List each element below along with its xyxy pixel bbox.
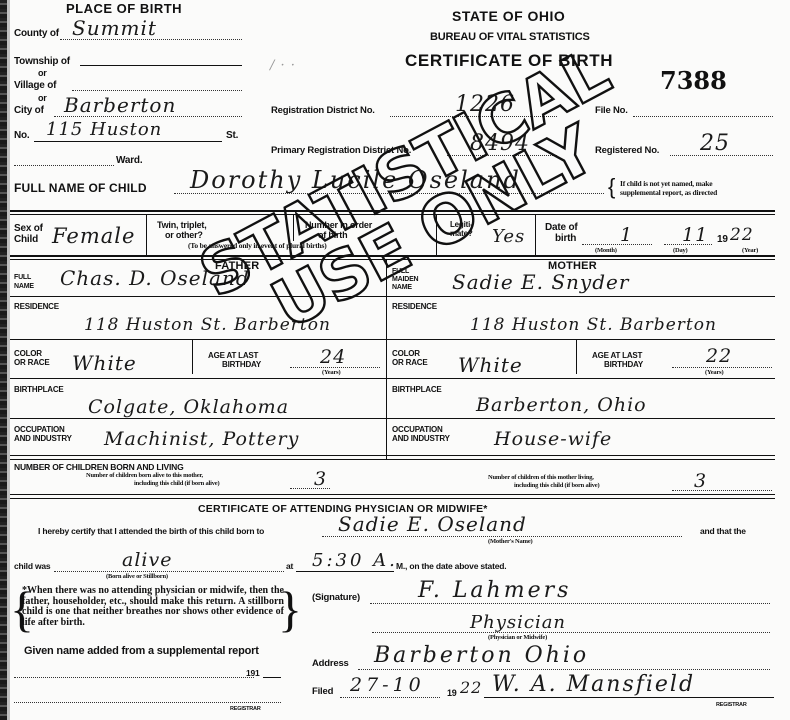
- children-living-label-1: Number of children of this mother living…: [488, 474, 594, 481]
- registrar-line: [484, 697, 774, 698]
- children-born-value: 3: [314, 468, 327, 490]
- address-line: [358, 669, 770, 670]
- county-label: County of: [14, 28, 59, 39]
- divider-4: [10, 339, 775, 340]
- father-occupation-label-1: OCCUPATION: [14, 425, 65, 434]
- father-name-label-1: FULL: [14, 274, 31, 281]
- sex-value: Female: [52, 224, 135, 248]
- name-note-line-2: supplemental report, as directed: [620, 188, 717, 197]
- divider-8: [10, 494, 775, 495]
- parents-divider: [386, 260, 387, 460]
- address-label: Address: [312, 658, 349, 669]
- registrar-caption: REGISTRAR: [716, 702, 747, 708]
- plural-note: (To be answered only in event of plural …: [188, 241, 327, 250]
- mother-race-divider: [576, 339, 577, 374]
- certificate-title: CERTIFICATE OF BIRTH: [405, 51, 613, 71]
- father-age-value: 24: [320, 346, 346, 368]
- mother-birthplace-value: Barberton, Ohio: [476, 394, 647, 416]
- twin-label-2: or other?: [165, 230, 203, 240]
- legit-divider: [535, 215, 536, 255]
- mother-name-label-1: FULL: [392, 268, 409, 275]
- mother-race-label-2: OR RACE: [392, 358, 428, 367]
- mother-race-value: White: [458, 353, 523, 377]
- day-caption: (Day): [673, 247, 688, 254]
- mother-age-label-1: AGE AT LAST: [592, 351, 642, 360]
- file-number-line: [633, 116, 773, 117]
- father-birthplace-label: BIRTHPLACE: [14, 385, 64, 394]
- at-label: at: [286, 561, 293, 571]
- mother-name-label-3: NAME: [392, 284, 412, 291]
- mother-name-caption: (Mother's Name): [488, 538, 532, 545]
- attendant-title: Physician: [470, 612, 566, 633]
- father-name-label-2: NAME: [14, 283, 34, 290]
- mother-years-caption: (Years): [705, 369, 723, 376]
- divider-3: [10, 296, 775, 297]
- year-caption: (Year): [742, 247, 758, 254]
- filed-date-line: [340, 697, 440, 698]
- father-residence-value: 118 Huston St. Barberton: [84, 315, 331, 335]
- divider-6: [10, 418, 775, 419]
- father-occupation-label-2: AND INDUSTRY: [14, 434, 72, 443]
- mother-name-line: [322, 536, 682, 537]
- order-label-2: of birth: [318, 230, 347, 240]
- attendant-title-line: [372, 632, 770, 633]
- township-label: Township of: [14, 56, 70, 67]
- order-divider: [436, 215, 437, 255]
- attendant-address: Barberton Ohio: [374, 643, 589, 668]
- mother-occupation-value: House-wife: [494, 428, 612, 450]
- bureau-title: BUREAU OF VITAL STATISTICS: [430, 31, 590, 43]
- scan-edge: [0, 0, 7, 720]
- time-line: [296, 571, 394, 572]
- birth-time: 5:30 A.: [312, 550, 398, 571]
- children-living-value: 3: [694, 470, 707, 492]
- divider-8b: [10, 498, 775, 499]
- village-line: [72, 90, 242, 91]
- city-value: Barberton: [64, 93, 176, 117]
- sex-label-2: Child: [14, 234, 38, 245]
- dob-label-2: birth: [555, 233, 576, 244]
- supplemental-line: [14, 677, 254, 678]
- registered-number-value: 25: [700, 131, 730, 156]
- child-name-label: FULL NAME OF CHILD: [14, 181, 147, 195]
- street-line: [34, 141, 222, 142]
- children-living-line: [672, 490, 772, 491]
- mother-birthplace-label: BIRTHPLACE: [392, 385, 442, 394]
- dob-month-line: [582, 244, 652, 245]
- village-label: Village of: [14, 80, 56, 91]
- street-value: 115 Huston: [46, 119, 162, 140]
- attendant-mother-name: Sadie E. Oseland: [338, 512, 527, 536]
- supplemental-year-line: [263, 677, 281, 678]
- father-birthplace-value: Colgate, Oklahoma: [88, 396, 289, 418]
- father-race-label-2: OR RACE: [14, 358, 50, 367]
- alive-caption: (Born alive or Stillborn): [106, 573, 168, 580]
- divider-2: [10, 255, 775, 257]
- registrar-signature: W. A. Mansfield: [492, 672, 695, 697]
- mother-age-label-2: BIRTHDAY: [604, 360, 643, 369]
- dob-month: 1: [620, 224, 633, 246]
- birth-certificate-page: PLACE OF BIRTH County of Summit Township…: [0, 0, 790, 720]
- registered-number-label: Registered No.: [595, 145, 659, 156]
- children-born-label-1: Number of children born alive to this mo…: [86, 472, 203, 479]
- divider-7: [10, 455, 775, 456]
- signature-label: (Signature): [312, 592, 360, 603]
- township-line: [80, 65, 242, 66]
- certify-text: I hereby certify that I attended the bir…: [38, 526, 264, 536]
- father-occupation-value: Machinist, Pottery: [104, 428, 299, 450]
- filed-label: Filed: [312, 686, 333, 697]
- or-label-2: or: [38, 93, 47, 103]
- father-years-caption: (Years): [322, 369, 340, 376]
- ward-line: [14, 165, 114, 166]
- street-suffix-label: St.: [226, 130, 238, 141]
- or-label-1: or: [38, 68, 47, 78]
- legit-value: Yes: [492, 226, 525, 247]
- father-name-value: Chas. D. Oseland: [60, 266, 250, 290]
- supplemental-label: Given name added from a supplemental rep…: [24, 645, 259, 657]
- order-label-1: Number in order: [305, 220, 372, 230]
- place-of-birth-heading: PLACE OF BIRTH: [66, 1, 182, 16]
- child-was-value: alive: [122, 549, 172, 571]
- filed-year-prefix: 19: [447, 688, 457, 698]
- sex-label-1: Sex of: [14, 223, 43, 234]
- divider-5: [10, 378, 775, 379]
- dob-year: 22: [730, 225, 754, 245]
- mother-age-value: 22: [706, 345, 732, 367]
- certificate-number: 7388: [660, 66, 727, 95]
- dob-year-prefix: 19: [717, 234, 728, 245]
- mother-occupation-label-2: AND INDUSTRY: [392, 434, 450, 443]
- children-heading: NUMBER OF CHILDREN BORN AND LIVING: [14, 462, 184, 472]
- mother-name-value: Sadie E. Snyder: [452, 270, 629, 294]
- divider-2b: [10, 259, 775, 260]
- child-was-label: child was: [14, 561, 50, 571]
- month-caption: (Month): [595, 247, 617, 254]
- legit-label-2: mate?: [450, 229, 473, 238]
- twin-label-1: Twin, triplet,: [157, 220, 207, 230]
- registration-district-label: Registration District No.: [271, 105, 375, 116]
- street-number-label: No.: [14, 130, 30, 141]
- father-race-label-1: COLOR: [14, 349, 42, 358]
- name-note-line-1: If child is not yet named, make: [620, 179, 712, 188]
- divider-1b: [10, 214, 775, 215]
- state-title: STATE OF OHIO: [452, 8, 565, 24]
- time-suffix: M., on the date above stated.: [396, 561, 506, 571]
- sex-divider: [146, 215, 147, 255]
- ward-label: Ward.: [116, 155, 142, 166]
- father-race-value: White: [72, 351, 137, 375]
- and-that-text: and that the: [700, 526, 746, 536]
- file-number-label: File No.: [595, 105, 628, 116]
- children-born-label-2: including this child (if born alive): [134, 480, 219, 487]
- father-age-label-1: AGE AT LAST: [208, 351, 258, 360]
- divider-7b: [10, 459, 775, 460]
- legit-label-1: Legiti-: [450, 220, 473, 229]
- child-name-value: Dorothy Lucile Oseland: [190, 166, 521, 194]
- father-age-label-2: BIRTHDAY: [222, 360, 261, 369]
- name-note-bracket: {: [608, 176, 615, 198]
- county-value: Summit: [72, 16, 157, 40]
- attendant-footnote: *When there was no attending physician o…: [12, 586, 294, 628]
- child-was-line: [54, 571, 284, 572]
- primary-district-value: 8494: [470, 131, 530, 156]
- divider-1: [10, 210, 775, 212]
- stray-mark: / · ·: [270, 58, 296, 73]
- children-living-label-2: including this child (if born alive): [514, 482, 599, 489]
- mother-residence-value: 118 Huston St. Barberton: [470, 315, 717, 335]
- attendant-title-caption: (Physician or Midwife): [488, 634, 547, 641]
- mother-race-label-1: COLOR: [392, 349, 420, 358]
- signature-line: [370, 603, 770, 604]
- filed-date: 27-10: [350, 674, 425, 696]
- dob-label-1: Date of: [545, 222, 578, 233]
- mother-name-label-2: MAIDEN: [392, 276, 418, 283]
- mother-occupation-label-1: OCCUPATION: [392, 425, 443, 434]
- father-residence-label: RESIDENCE: [14, 302, 59, 311]
- father-race-divider: [192, 339, 193, 374]
- primary-district-label: Primary Registration District No.: [271, 145, 411, 156]
- supplemental-registrar-line: [14, 702, 281, 703]
- dob-day: 11: [682, 224, 708, 246]
- filed-year: 22: [460, 678, 482, 697]
- mother-age-line: [672, 367, 772, 368]
- twin-divider: [293, 215, 294, 241]
- supplemental-registrar-caption: REGISTRAR: [230, 706, 261, 712]
- attendant-signature: F. Lahmers: [418, 578, 571, 603]
- mother-residence-label: RESIDENCE: [392, 302, 437, 311]
- registration-district-value: 1226: [455, 92, 515, 117]
- supplemental-year-prefix: 191: [246, 668, 260, 678]
- city-label: City of: [14, 105, 44, 116]
